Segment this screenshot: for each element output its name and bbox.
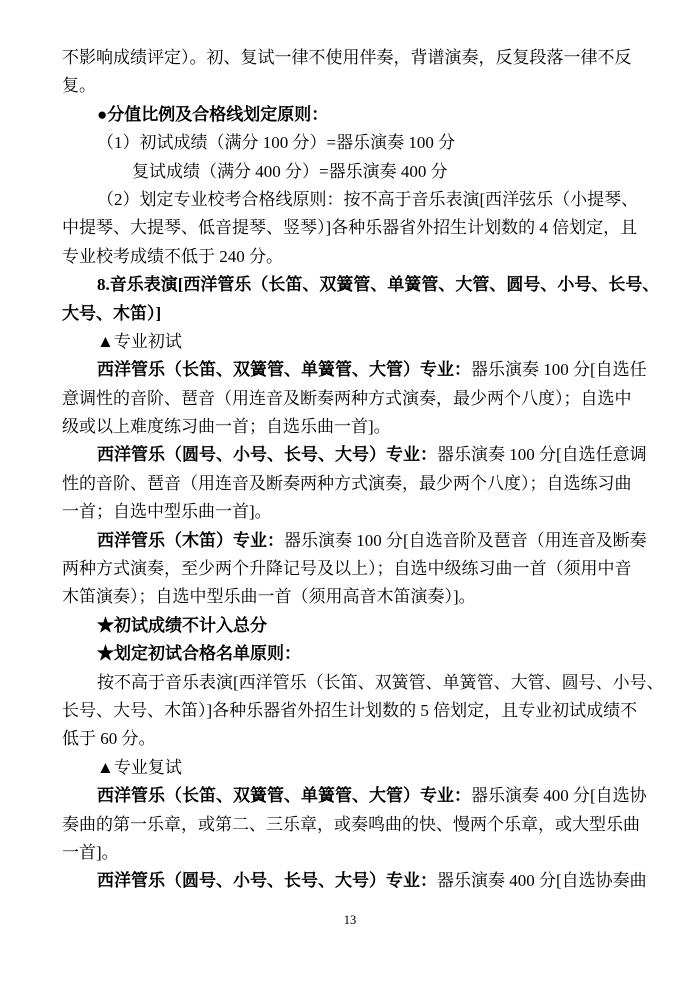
flute-group-retest-requirements: 西洋管乐（长笛、双簧管、单簧管、大管）专业：器乐演奏 400 分[自选协 [62,782,640,810]
text-line: 低于 60 分。 [62,725,640,753]
major-label: 西洋管乐（圆号、小号、长号、大号）专业： [97,445,437,464]
text-line: 性的音阶、琶音（用连音及断奏两种方式演奏，最少两个八度）；自选练习曲 [62,470,640,498]
note-initial-score-excluded: ★初试成绩不计入总分 [62,612,640,640]
flute-group-initial-requirements: 西洋管乐（长笛、双簧管、单簧管、大管）专业：器乐演奏 100 分[自选任 [62,356,640,384]
body-text: 器乐演奏 400 分[自选协 [471,786,647,805]
body-text: 木笛演奏）；自选中型乐曲一首（须用高音木笛演奏）]。 [62,587,476,606]
major-label: 西洋管乐（木笛）专业： [97,531,284,550]
heading-text: 大号、木笛）] [62,304,161,323]
document-body: 不影响成绩评定）。初、复试一律不使用伴奏，背谱演奏，反复段落一律不反 复。 ●分… [62,44,640,896]
page-number: 13 [0,913,700,928]
text-line: 中提琴、大提琴、低音提琴、竖琴）]各种乐器省外招生计划数的 4 倍划定，且 [62,214,640,242]
text-line: 级或以上难度练习曲一首；自选乐曲一首]。 [62,413,640,441]
note-initial-passlist-rule: ★划定初试合格名单原则： [62,640,640,668]
body-text: 长号、大号、木笛）]各种乐器省外招生计划数的 5 倍划定，且专业初试成绩不 [62,701,637,720]
body-text: 复试成绩（满分 400 分）=器乐演奏 400 分 [132,162,448,181]
subsection-retest: ▲专业复试 [62,754,640,782]
heading-text: 8.音乐表演[西洋管乐（长笛、双簧管、单簧管、大管、圆号、小号、长号、 [97,275,659,294]
body-text: 按不高于音乐表演[西洋管乐（长笛、双簧管、单簧管、大管、圆号、小号、 [97,673,664,692]
text-line: 不影响成绩评定）。初、复试一律不使用伴奏，背谱演奏，反复段落一律不反 [62,44,640,72]
text-line: 专业校考成绩不低于 240 分。 [62,243,640,271]
body-text: 器乐演奏 400 分[自选协奏曲 [437,871,647,890]
body-text: （2）划定专业校考合格线原则：按不高于音乐表演[西洋弦乐（小提琴、 [97,190,638,209]
body-text: 性的音阶、琶音（用连音及断奏两种方式演奏，最少两个八度）；自选练习曲 [62,474,632,493]
body-text: 器乐演奏 100 分[自选音阶及琶音（用连音及断奏 [284,531,647,550]
passlist-rule-body: 按不高于音乐表演[西洋管乐（长笛、双簧管、单簧管、大管、圆号、小号、 [62,669,640,697]
item-retest-score: 复试成绩（满分 400 分）=器乐演奏 400 分 [62,158,640,186]
section-8-heading: 8.音乐表演[西洋管乐（长笛、双簧管、单簧管、大管、圆号、小号、长号、 [62,271,640,299]
body-text: 级或以上难度练习曲一首；自选乐曲一首]。 [62,417,391,436]
body-text: （1）初试成绩（满分 100 分）=器乐演奏 100 分 [97,133,455,152]
body-text: 意调性的音阶、琶音（用连音及断奏两种方式演奏，最少两个八度）；自选中 [62,389,632,408]
body-text: 一首；自选中型乐曲一首]。 [62,502,272,521]
horn-group-retest-requirements: 西洋管乐（圆号、小号、长号、大号）专业：器乐演奏 400 分[自选协奏曲 [62,867,640,895]
bullet-heading-score-ratio: ●分值比例及合格线划定原则： [62,101,640,129]
body-text: 一首]。 [62,843,119,862]
text-line: 两种方式演奏，至少两个升降记号及以上）；自选中级练习曲一首（须用中音 [62,555,640,583]
recorder-initial-requirements: 西洋管乐（木笛）专业：器乐演奏 100 分[自选音阶及琶音（用连音及断奏 [62,527,640,555]
heading-text: ●分值比例及合格线划定原则： [97,105,328,124]
subsection-initial-exam: ▲专业初试 [62,328,640,356]
major-label: 西洋管乐（长笛、双簧管、单簧管、大管）专业： [97,786,471,805]
body-text: 两种方式演奏，至少两个升降记号及以上）；自选中级练习曲一首（须用中音 [62,559,632,578]
body-text: ▲专业初试 [97,332,182,351]
body-text: 器乐演奏 100 分[自选任意调 [437,445,647,464]
major-label: 西洋管乐（圆号、小号、长号、大号）专业： [97,871,437,890]
text-line: 一首；自选中型乐曲一首]。 [62,498,640,526]
text-line: 复。 [62,72,640,100]
text-line: 木笛演奏）；自选中型乐曲一首（须用高音木笛演奏）]。 [62,583,640,611]
body-text: 复。 [62,76,96,95]
note-text: ★初试成绩不计入总分 [97,616,267,635]
text-line: 意调性的音阶、琶音（用连音及断奏两种方式演奏，最少两个八度）；自选中 [62,385,640,413]
item-cutoff-rule: （2）划定专业校考合格线原则：按不高于音乐表演[西洋弦乐（小提琴、 [62,186,640,214]
body-text: 专业校考成绩不低于 240 分。 [62,247,283,266]
item-initial-exam-score: （1）初试成绩（满分 100 分）=器乐演奏 100 分 [62,129,640,157]
body-text: 器乐演奏 100 分[自选任 [471,360,647,379]
body-text: 不影响成绩评定）。初、复试一律不使用伴奏，背谱演奏，反复段落一律不反 [62,48,632,67]
body-text: 中提琴、大提琴、低音提琴、竖琴）]各种乐器省外招生计划数的 4 倍划定，且 [62,218,637,237]
text-line: 一首]。 [62,839,640,867]
body-text: 奏曲的第一乐章，或第二、三乐章，或奏鸣曲的快、慢两个乐章，或大型乐曲 [62,815,640,834]
note-text: ★划定初试合格名单原则： [97,644,301,663]
body-text: ▲专业复试 [97,758,182,777]
major-label: 西洋管乐（长笛、双簧管、单簧管、大管）专业： [97,360,471,379]
text-line: 长号、大号、木笛）]各种乐器省外招生计划数的 5 倍划定，且专业初试成绩不 [62,697,640,725]
body-text: 低于 60 分。 [62,729,156,748]
text-line: 奏曲的第一乐章，或第二、三乐章，或奏鸣曲的快、慢两个乐章，或大型乐曲 [62,811,640,839]
horn-group-initial-requirements: 西洋管乐（圆号、小号、长号、大号）专业：器乐演奏 100 分[自选任意调 [62,441,640,469]
section-8-heading-cont: 大号、木笛）] [62,300,640,328]
